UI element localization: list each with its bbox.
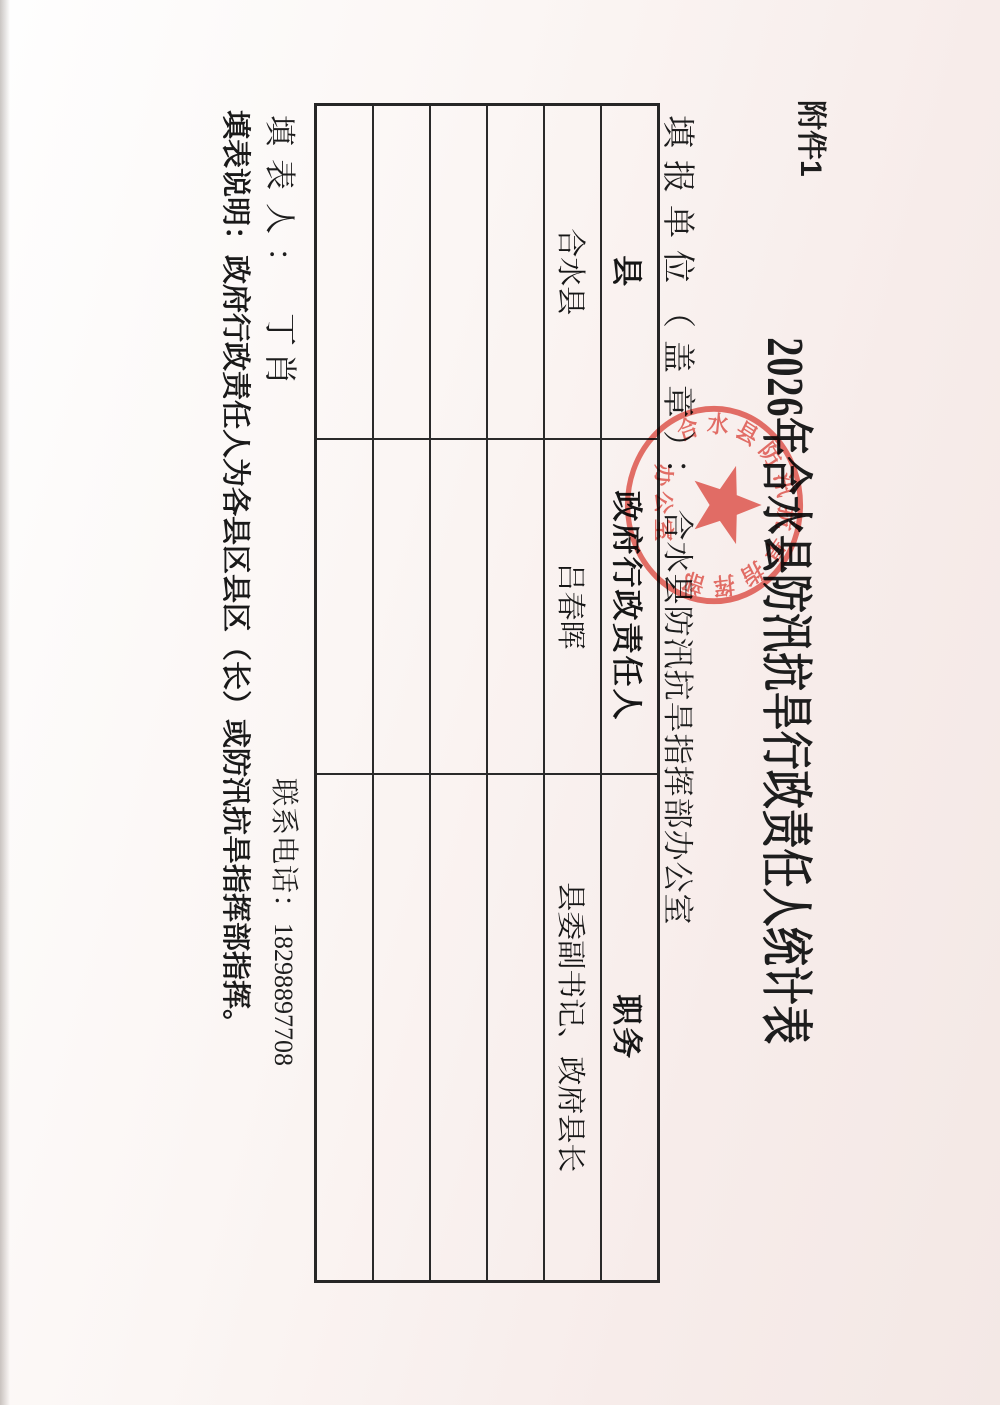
cell-position: 县委副书记、政府县长 (544, 774, 601, 1282)
col-header-position: 职务 (601, 774, 659, 1282)
phone-label: 联系电话： (268, 778, 299, 923)
table-row (430, 105, 487, 1282)
cell-person (373, 439, 430, 774)
cell-county (316, 105, 374, 439)
official-seal-graphic: 合水县防汛抗旱指挥部 办公室 (617, 397, 811, 613)
table-row (316, 105, 374, 1282)
preparer-field: 填表人：丁肖 (259, 115, 306, 391)
cell-person (316, 439, 374, 774)
cell-county (487, 105, 544, 439)
star-icon (695, 466, 762, 544)
preparer-value: 丁肖 (261, 313, 297, 391)
official-seal: 合水县防汛抗旱指挥部 办公室 (617, 397, 811, 613)
phone-field: 联系电话：18298897708 (266, 778, 306, 1066)
cell-person: 吕春晖 (544, 439, 601, 774)
cell-county (430, 105, 487, 439)
cell-position (430, 774, 487, 1282)
phone-value: 18298897708 (269, 923, 298, 1066)
table-row (487, 105, 544, 1282)
cell-position (316, 774, 374, 1282)
scan-edge-shadow (0, 0, 10, 1405)
cell-position (487, 774, 544, 1282)
cell-county: 合水县 (544, 105, 601, 439)
seal-center-label: 办公室 (652, 464, 676, 546)
table-row: 合水县 吕春晖 县委副书记、政府县长 (544, 105, 601, 1282)
table-row (373, 105, 430, 1282)
responsibility-table: 县 政府行政责任人 职务 合水县 吕春晖 县委副书记、政府县长 (314, 103, 660, 1283)
document-sheet: 附件1 2026年合水县防汛抗旱行政责任人统计表 填报单位（盖章）：合水县防汛抗… (0, 0, 1000, 1405)
col-header-county: 县 (601, 105, 659, 439)
scanned-page: 附件1 2026年合水县防汛抗旱行政责任人统计表 填报单位（盖章）：合水县防汛抗… (0, 0, 1000, 1405)
cell-person (487, 439, 544, 774)
note-line: 填表说明：政府行政责任人为各县区县区（长）或防汛抗旱指挥部指挥。 (217, 110, 258, 1038)
preparer-label: 填表人： (262, 115, 297, 291)
table-header-row: 县 政府行政责任人 职务 (601, 105, 659, 1282)
cell-county (373, 105, 430, 439)
cell-person (430, 439, 487, 774)
title-row: 2026年合水县防汛抗旱行政责任人统计表 (753, 103, 828, 1280)
cell-position (373, 774, 430, 1282)
